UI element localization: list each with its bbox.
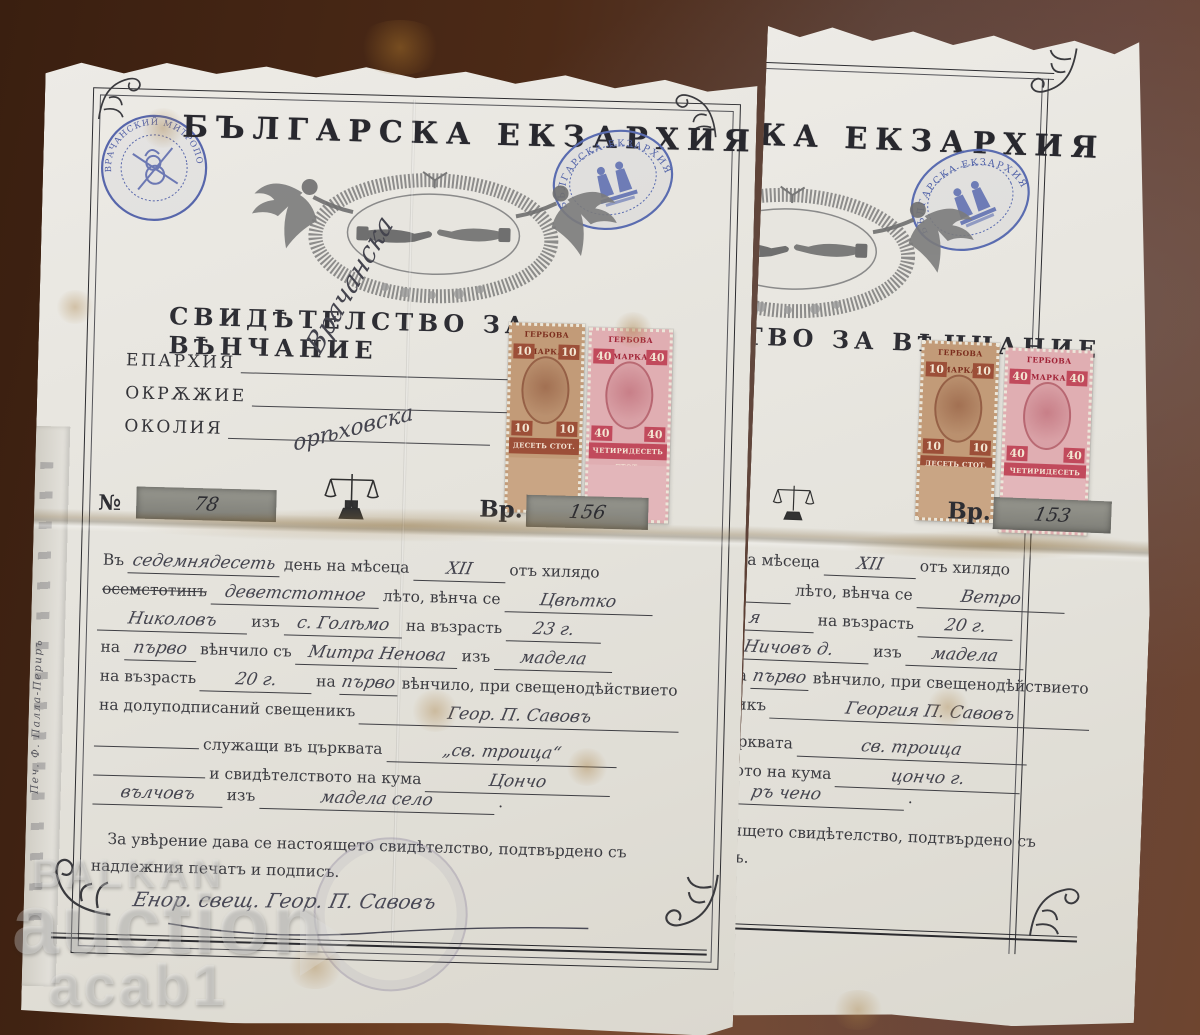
hw-kum: цончо г. xyxy=(889,766,967,789)
hw-bride-from: мадела xyxy=(930,644,1000,666)
printed-text: на xyxy=(96,638,124,657)
printed-text: на възрасть xyxy=(402,617,507,638)
printed-text: изъ xyxy=(247,612,284,631)
lion-crest-icon xyxy=(521,356,571,425)
scales-icon xyxy=(771,481,817,527)
stamp-denomination: ЧЕТИРИДЕСЕТЬ СТОТ. xyxy=(589,442,667,460)
stamp-value: 10 xyxy=(926,361,948,377)
corner-flourish-icon xyxy=(659,870,721,932)
vr-number-right: 153 xyxy=(1032,504,1073,527)
frame-top-line xyxy=(730,51,1054,74)
hw-bride-age: 20 г. xyxy=(234,669,279,690)
hw-bride-from: мадела xyxy=(518,648,588,670)
stamp-value: 10 xyxy=(513,343,534,359)
form-body-right: Въ день на мѣсеца XII отъ хилядо осемсто… xyxy=(730,541,1132,826)
hw-bride: Митра Ненова xyxy=(306,642,447,665)
printed-text: Въ xyxy=(99,551,129,570)
certificate-right-sheet: БЪЛГАРСКА ЕКЗАРХИЯ БЪЛГАРСКА ЕКЗАРХИЯ xyxy=(730,22,1172,1031)
hw-kum-last: вълчовъ xyxy=(119,782,197,804)
hw-groom: Цвѣтко xyxy=(538,590,618,612)
stamp-value: 40 xyxy=(644,427,665,443)
hw-groom: Ветро xyxy=(959,587,1023,609)
angels-wreath-vignette-icon xyxy=(245,151,624,313)
printed-text: отъ хилядо xyxy=(916,557,1015,579)
stamp-value: 10 xyxy=(558,345,579,361)
printed-text: отъ хилядо xyxy=(505,561,604,582)
stamp-value: 40 xyxy=(1066,371,1088,387)
vr-number-box-right: 153 xyxy=(993,497,1112,534)
corner-flourish-icon xyxy=(49,852,115,918)
printed-text: изъ xyxy=(869,642,906,661)
stamp-value: 40 xyxy=(1009,369,1031,385)
hw-kum-from: мадела село xyxy=(319,787,435,810)
stamp-value: 40 xyxy=(591,425,612,441)
printed-text: служащи въ църквата xyxy=(199,735,387,758)
revenue-stamp-40: ГЕРБОВА МАРКА 40 40 40 40 ЧЕТИРИДЕСЕТЬ С… xyxy=(584,327,673,523)
hw-kum-from: ръ чено xyxy=(750,782,824,805)
corner-flourish-icon xyxy=(1025,44,1079,98)
watermark-arrow-icon xyxy=(300,908,352,976)
county-label: ОКОЛИЯ xyxy=(124,416,223,439)
printed-text: лѣто, вѣнча се xyxy=(379,587,505,608)
photo-of-marriage-certificates: БЪЛГАРСКА ЕКЗАРХИЯ БЪЛГАРСКА ЕКЗАРХИЯ xyxy=(0,0,1200,1035)
hw-month: XII xyxy=(855,554,885,575)
stamp-value: 40 xyxy=(593,348,614,364)
certificate-right: БЪЛГАРСКА ЕКЗАРХИЯ БЪЛГАРСКА ЕКЗАРХИЯ xyxy=(730,22,1172,1031)
stamp-value: 40 xyxy=(1063,448,1085,464)
vr-number: 156 xyxy=(567,501,608,524)
frame-top-line-inner xyxy=(730,57,1054,80)
hw-groom-age: 20 г. xyxy=(943,615,988,636)
revenue-stamp-10: ГЕРБОВА МАРКА 10 10 10 10 ДЕСЕТЬ СТОТ. xyxy=(915,340,1000,523)
stamp-value: 40 xyxy=(646,350,667,366)
stamp-value: 40 xyxy=(1006,445,1028,461)
district-label: ОКРѪЖИЕ xyxy=(125,383,247,406)
hw-day: седемнядесеть xyxy=(131,550,278,574)
hw-groom-from: я xyxy=(747,608,763,628)
stamp-value: 10 xyxy=(923,438,945,454)
stamp-header: ГЕРБОВА МАРКА xyxy=(512,325,582,343)
printed-text: . xyxy=(494,793,507,811)
printed-text: вѣнчило съ xyxy=(196,640,296,661)
stamp-value: 10 xyxy=(556,421,577,437)
hw-bride-wedding: първо xyxy=(751,666,809,688)
printed-text-struck: осемстотинъ xyxy=(98,580,211,601)
eparchy-label: ЕПАРХИЯ xyxy=(126,350,236,373)
hw-groom-age: 23 г. xyxy=(531,619,576,640)
stamp-value: 10 xyxy=(511,420,532,436)
vr-label-right: Вр. xyxy=(947,497,992,526)
stain xyxy=(355,20,445,75)
lion-crest-icon xyxy=(1022,381,1073,451)
bottom-rule xyxy=(730,914,1077,943)
printed-text: на възрасть xyxy=(96,667,201,688)
printed-text: и свидѣтелството на кума xyxy=(730,757,836,783)
stamp-value: 10 xyxy=(972,363,994,379)
hw-bride-wedding: първо xyxy=(340,672,397,693)
hw-groom-last: Николовъ xyxy=(126,608,218,630)
lion-crest-icon xyxy=(933,374,984,444)
printed-text: на xyxy=(312,672,340,691)
hw-groom-wedding: първо xyxy=(131,638,188,659)
revenue-stamp-10: ГЕРБОВА МАРКА 10 10 10 10 ДЕСЕТЬ СТОТ. xyxy=(504,322,585,514)
hw-month: XII xyxy=(445,559,475,580)
hw-priest: Геор. П. Савовъ xyxy=(446,704,593,728)
hw-bride: Ничовъ д. xyxy=(741,637,835,660)
printed-text: на възрасть xyxy=(813,611,918,633)
lion-crest-icon xyxy=(604,361,654,430)
angels-wreath-vignette-icon xyxy=(730,164,981,330)
hw-church: св. троица xyxy=(859,736,964,760)
stamp-denomination: ДЕСЕТЬ СТОТ. xyxy=(509,437,579,455)
printed-text: . xyxy=(904,789,918,807)
form-body: Въ седемнядесеть день на мѣсеца XII отъ … xyxy=(92,550,715,827)
stamp-value: 10 xyxy=(970,440,992,456)
certificate-left: ВРАЧАНСКИЙ МИТРОПОЛИТЪ БЪЛГАРСКА ЕКЗАРХИ… xyxy=(21,56,758,1035)
printed-text: изъ xyxy=(457,647,494,666)
hw-kum: Цончо xyxy=(487,771,548,792)
hw-groom-from: с. Голѣмо xyxy=(295,613,391,635)
hw-church: „св. троица“ xyxy=(441,741,563,764)
printed-text: лѣто, вѣнча се xyxy=(791,581,917,604)
corner-flourish-icon xyxy=(1027,883,1085,941)
printed-text: изъ xyxy=(222,786,259,805)
hw-year: деветстотное xyxy=(223,582,367,606)
printed-text: день на мѣсеца xyxy=(280,555,414,576)
